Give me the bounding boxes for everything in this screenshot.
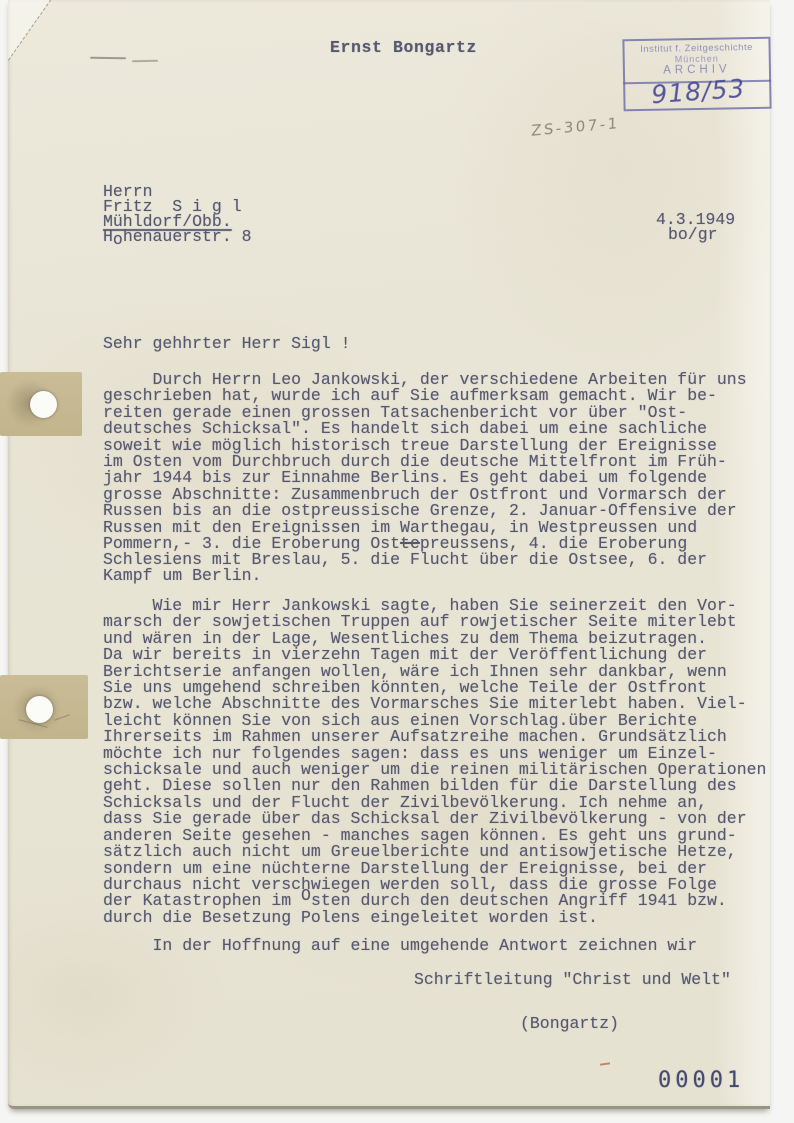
page-number-stamp: 00001 [658,1068,744,1093]
closing-line: In der Hoffnung auf eine umgehende Antwo… [103,938,697,954]
paper-sheet: Ernst Bongartz Institut f. Zeitgeschicht… [8,0,770,1109]
archive-stamp: Institut f. Zeitgeschichte München ARCHI… [622,37,771,112]
body-paragraph-1a: Durch Herrn Leo Jankowski, der verschied… [103,372,747,536]
recipient-line-4-subscript: o [113,230,123,249]
sender-name: Ernst Bongartz [330,40,477,56]
body-paragraph-2b: durch die Besetzung Polens eingeleitet w… [103,910,598,926]
recipient-line-4: Hohenauerstr. 8 [103,229,252,244]
scuff-mark [132,60,158,62]
pencil-note: ZS-307-1 [531,114,620,140]
body-paragraph-1b: Schlesiens mit Breslau, 5. die Flucht üb… [103,552,707,585]
punch-hole [30,391,57,418]
document-scan: Ernst Bongartz Institut f. Zeitgeschicht… [0,0,794,1123]
red-mark [600,1062,610,1065]
punch-hole-patch-bottom [0,675,88,739]
body-paragraph-2a: Wie mir Herr Jankowski sagte, haben Sie … [103,598,766,893]
salutation: Sehr gehhrter Herr Sigl ! [103,336,351,352]
recipient-line-4-pre: H [103,227,113,246]
body-paragraph-2-raised-line: der Katastrophen im Osten durch den deut… [103,893,727,909]
stamp-handwritten-number: 918/53 [642,73,754,110]
raised-letter: O [301,886,311,905]
corner-fold [8,0,68,70]
punch-hole-patch-top [0,372,82,436]
scuff-mark [90,57,126,60]
punch-hole [26,696,53,723]
signature-org: Schriftleitung "Christ und Welt" [414,972,731,988]
recipient-line-4-post: henauerstr. 8 [123,227,252,246]
signature-name: (Bongartz) [520,1016,619,1032]
typist-initials: bo/gr [668,227,718,243]
